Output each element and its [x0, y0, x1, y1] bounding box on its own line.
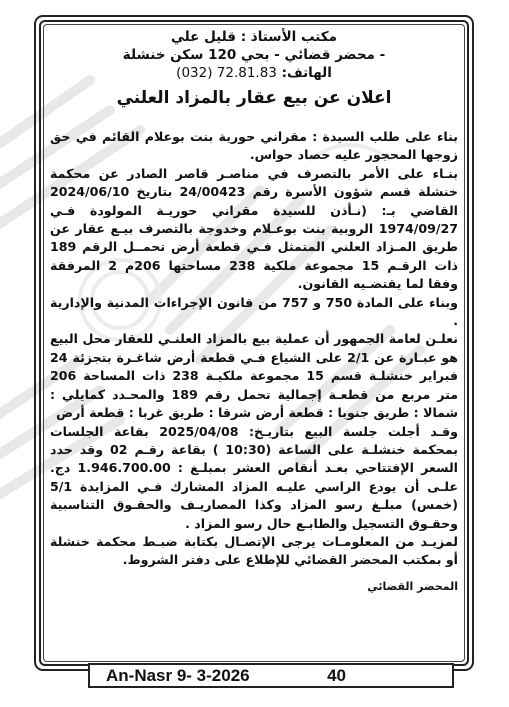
publication-name-date: An-Nasr 9- 3-2026	[106, 666, 250, 686]
phone-number: (032) 72.81.83	[176, 65, 277, 81]
phone-label: الهاتف:	[282, 65, 332, 81]
paragraph-auction-session: وقـد أجلت جلسة البيع بتاريـخ: 2025/04/08…	[50, 423, 458, 533]
paragraph-legal-basis: وبناء على المادة 750 و 757 من قانون الإج…	[50, 294, 458, 331]
office-phone-line: الهاتف: (032) 72.81.83	[50, 64, 458, 82]
page-number: 40	[327, 666, 346, 686]
paragraph-requester: بناء على طلب السيدة : مقراني حورية بنت ب…	[50, 128, 458, 165]
paragraph-contact-info: لمزيـد من المعلومـات يرجى الإتصـال بكتاب…	[50, 533, 458, 570]
announcement-title: اعلان عن بيع عقار بالمزاد العلني	[50, 88, 458, 108]
signature: المحضر القضائي	[50, 580, 458, 593]
publication-footer: An-Nasr 9- 3-2026 40	[88, 663, 454, 688]
office-role-address: - محضر قضائي - بحي 120 سكن خنشلة	[50, 46, 458, 64]
paragraph-property-description: نعلـن لعامة الجمهور أن عملية بيع بالمزاد…	[50, 330, 458, 422]
announcement-body: بناء على طلب السيدة : مقراني حورية بنت ب…	[50, 128, 458, 570]
header-block: مكتب الأستاذ : قليل علي - محضر قضائي - ب…	[50, 28, 458, 82]
announcement-content: مكتب الأستاذ : قليل علي - محضر قضائي - ب…	[50, 28, 458, 593]
office-name: مكتب الأستاذ : قليل علي	[50, 28, 458, 46]
paragraph-court-order: بنـاء على الأمر بالتصرف في مناصـر قاصر ا…	[50, 165, 458, 294]
